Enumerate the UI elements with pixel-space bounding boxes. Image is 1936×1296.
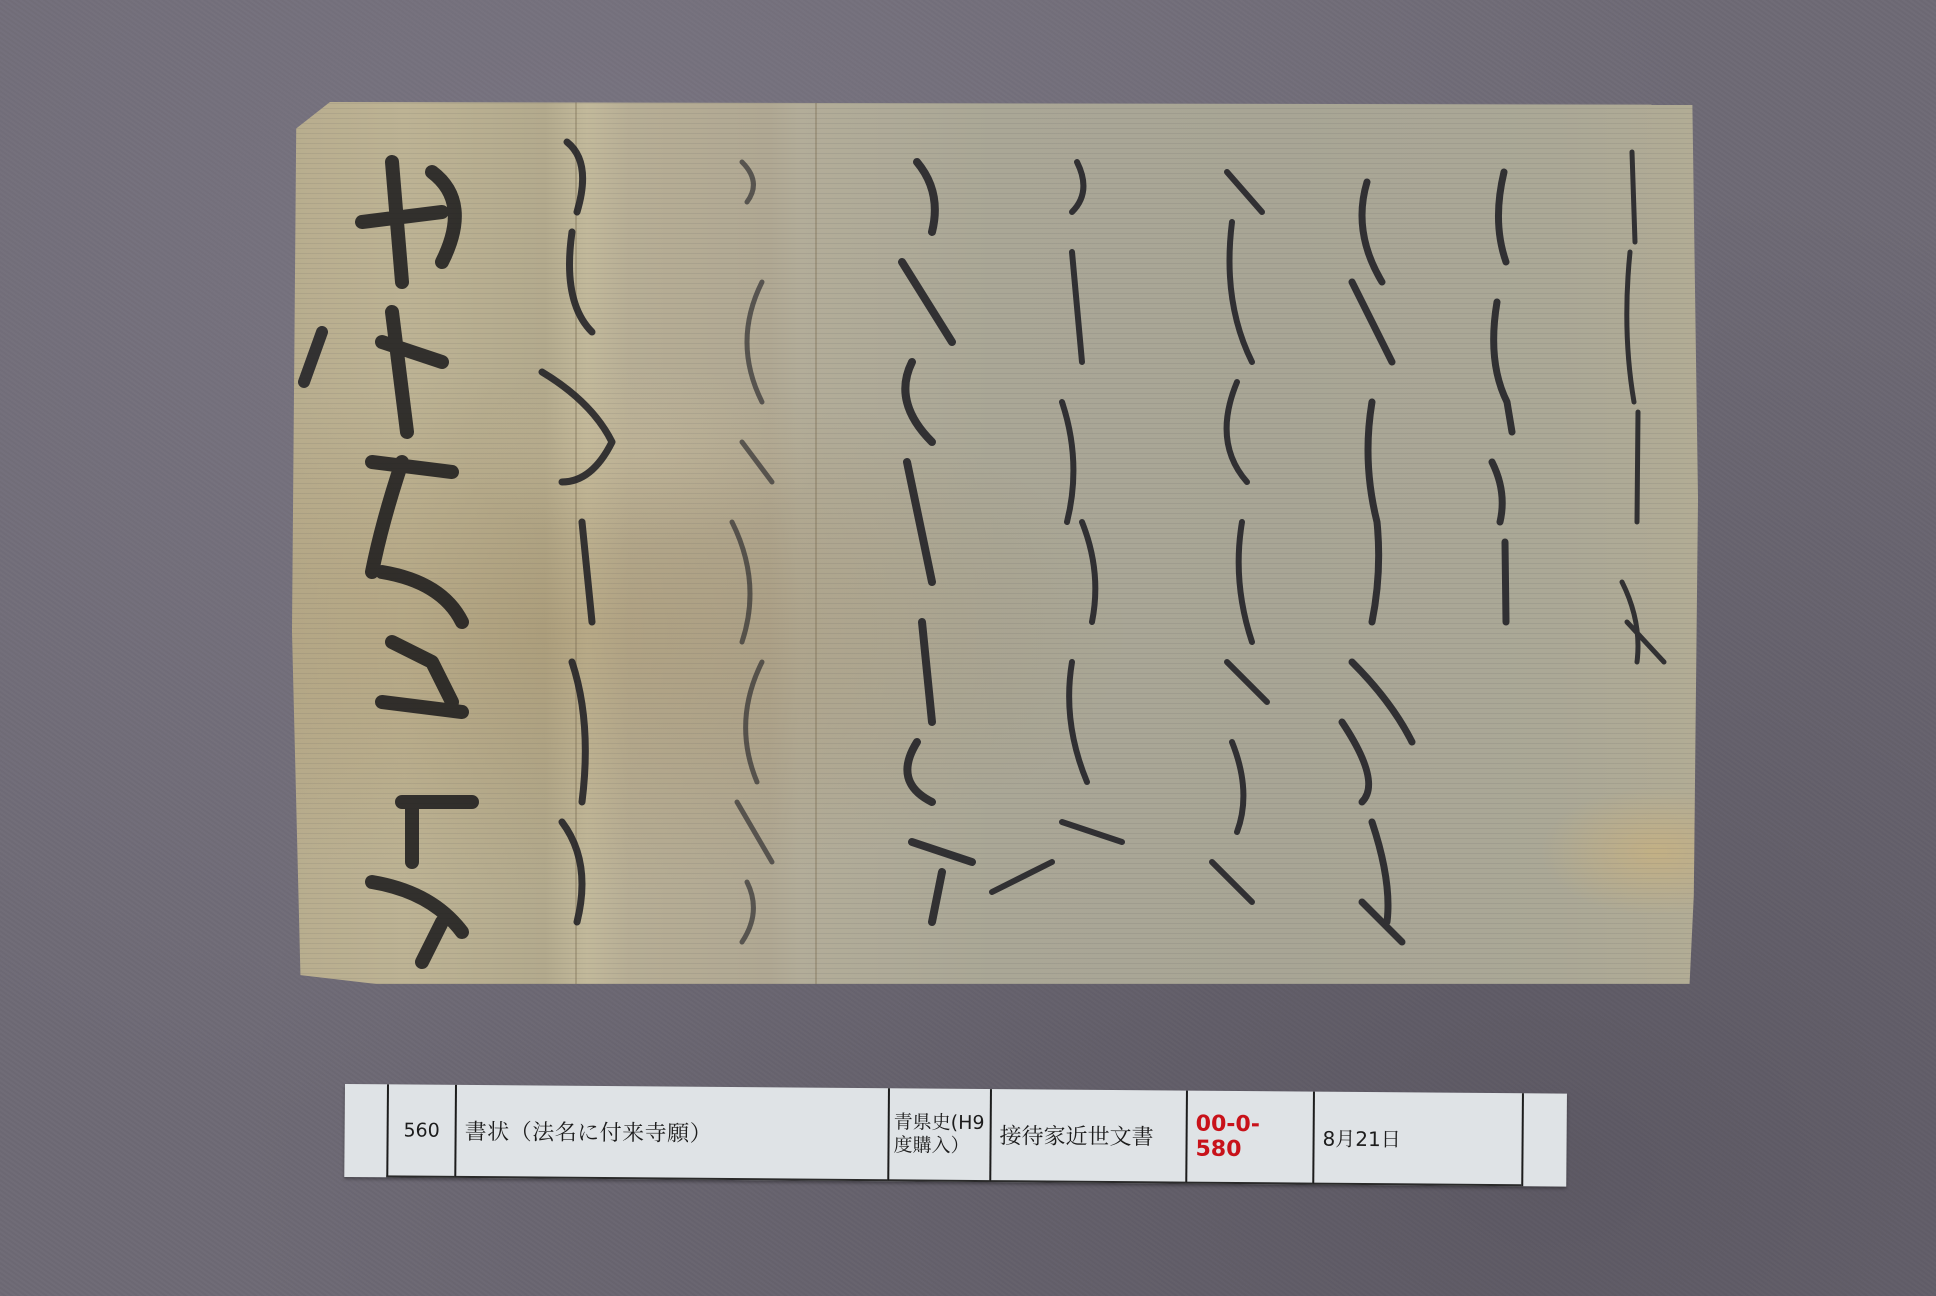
document-date: 8月21日 [1312,1092,1522,1187]
document-title: 書状（法名に付来寺願） [454,1085,888,1181]
historical-letter-document [292,102,1698,984]
text-column-1 [1622,152,1664,662]
calligraphy-ink [292,102,1698,984]
text-column-2 [1492,172,1512,622]
acquisition-source: 青県史(H9 度購入） [887,1088,990,1182]
text-column-5 [992,162,1122,892]
collection-name: 接待家近世文書 [989,1089,1186,1184]
text-column-3 [1342,182,1412,942]
text-column-9-signature [362,162,472,962]
catalog-label-strip: 560 書状（法名に付来寺願） 青県史(H9 度購入） 接待家近世文書 00-0… [344,1084,1567,1187]
text-column-6 [902,162,972,922]
text-column-8 [542,142,612,922]
label-blank-cell [344,1084,387,1177]
catalog-code: 00-0-580 [1185,1091,1313,1185]
label-end-cell [1521,1093,1567,1186]
text-column-4 [1212,172,1267,902]
acquisition-source-line2: 度購入） [893,1134,969,1158]
edge-mark [304,332,322,382]
text-column-7 [732,162,772,942]
item-number: 560 [386,1084,455,1178]
acquisition-source-line1: 青県史(H9 [894,1111,985,1135]
